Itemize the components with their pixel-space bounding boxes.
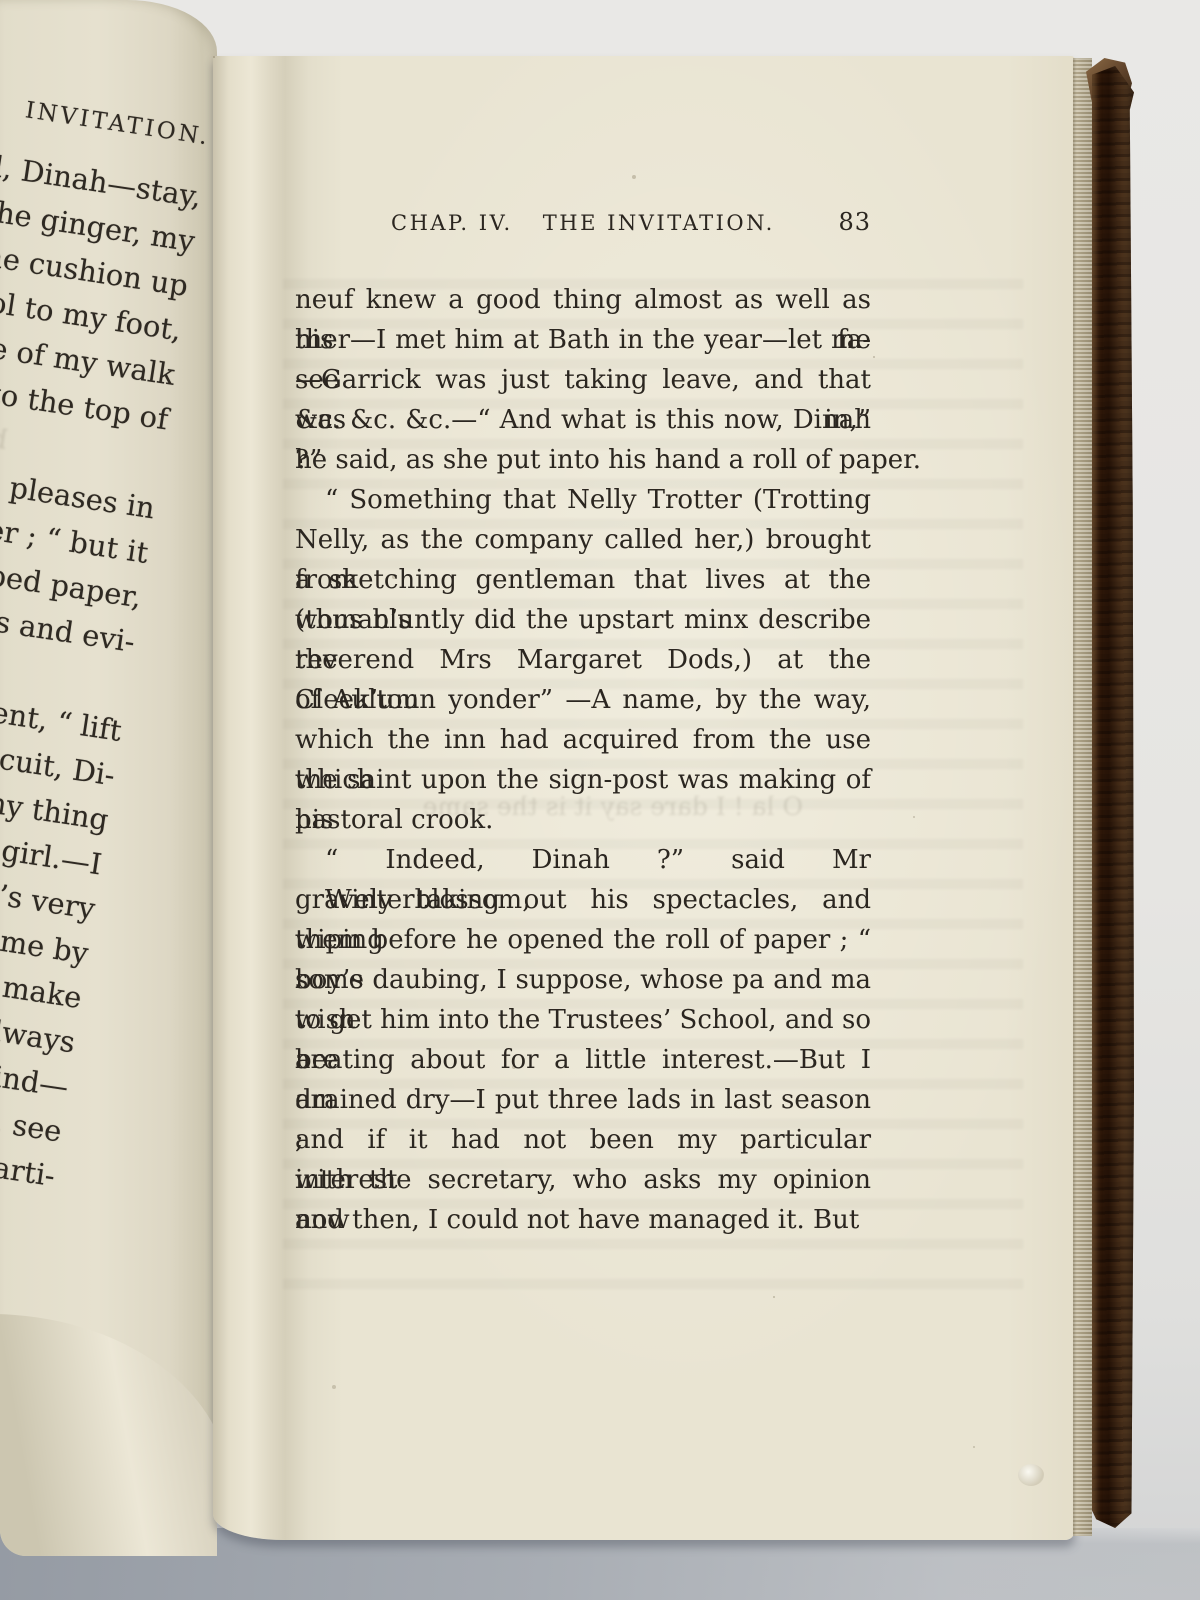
text-line: pastoral crook. [295,800,871,840]
text-line: the saint upon the sign-post was making … [295,760,871,800]
left-page: INVITATION. —And, Dinah—stay, h, and the… [0,0,217,1556]
running-header: CHAP. IV. THE INVITATION. 83 [295,208,871,236]
text-line: gravely taking out his spectacles, and w… [295,880,871,920]
page-number: 83 [838,208,871,236]
left-page-text: INVITATION. —And, Dinah—stay, h, and the… [0,54,213,1243]
text-line: drained dry—I put three lads in last sea… [295,1080,871,1120]
text-line: he said, as she put into his hand a roll… [295,440,871,480]
text-line: &c. &c. &c.—“ And what is this now, Dina… [295,400,871,440]
page-curl [0,1314,217,1556]
text-line: neuf knew a good thing almost as well as… [295,280,871,320]
text-line: of Aultoun yonder” —A name, by the way, [295,680,871,720]
right-page: CHAP. IV. THE INVITATION. 83 O la ! I da… [213,56,1075,1540]
text-line: to get him into the Trustees’ School, an… [295,1000,871,1040]
text-line: beating about for a little interest.—But… [295,1040,871,1080]
book-photo: INVITATION. —And, Dinah—stay, h, and the… [0,0,1200,1600]
leather-board-edge [1092,66,1134,1528]
text-line: ther—I met him at Bath in the year—let m… [295,320,871,360]
paper-dimple [1018,1464,1044,1486]
paper-speckles [213,56,215,58]
text-line: and then, I could not have managed it. B… [295,1200,871,1240]
text-line: boy’s daubing, I suppose, whose pa and m… [295,960,871,1000]
chapter-label: CHAP. IV. [391,211,513,235]
fore-edge-page-stack [1073,58,1092,1536]
text-line: “ Something that Nelly Trotter (Trotting [295,480,871,520]
text-line: Nelly, as the company called her,) broug… [295,520,871,560]
page-title: THE INVITATION. [543,211,775,235]
body-text: neuf knew a good thing almost as well as… [295,280,871,1240]
text-line: and if it had not been my particular int… [295,1120,871,1160]
text-line: a sketching gentleman that lives at the … [295,560,871,600]
text-line: reverend Mrs Margaret Dods,) at the Clee… [295,640,871,680]
left-running-header: INVITATION. [0,54,213,157]
text-line: —Garrick was just taking leave, and that… [295,360,871,400]
text-line: which the inn had acquired from the use … [295,720,871,760]
text-line: with the secretary, who asks my opinion … [295,1160,871,1200]
text-line: (thus bluntly did the upstart minx descr… [295,600,871,640]
text-line: them before he opened the roll of paper … [295,920,871,960]
text-line: “ Indeed, Dinah ?” said Mr Winterblossom… [295,840,871,880]
